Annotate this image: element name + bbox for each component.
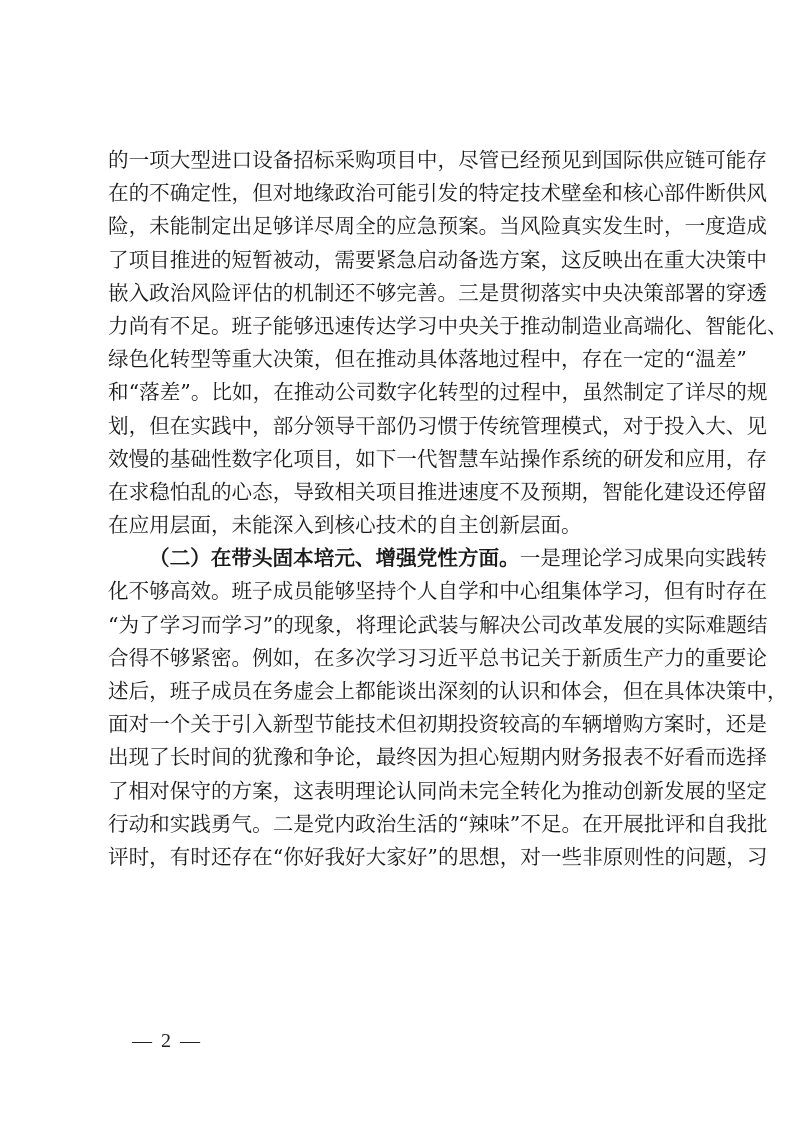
text-line: 面对一个关于引入新型节能技术但初期投资较高的车辆增购方案时，还是 bbox=[108, 708, 693, 741]
text-line: 行动和实践勇气。二是党内政治生活的“辣味”不足。在开展批评和自我批 bbox=[108, 808, 693, 841]
document-page: 的一项大型进口设备招标采购项目中，尽管已经预见到国际供应链可能存 在的不确定性，… bbox=[0, 0, 793, 1122]
text-line: 化不够高效。班子成员能够坚持个人自学和中心组集体学习，但有时存在 bbox=[108, 575, 693, 608]
text-line: 划，但在实践中，部分领导干部仍习惯于传统管理模式，对于投入大、见 bbox=[108, 410, 693, 443]
body-text: 的一项大型进口设备招标采购项目中，尽管已经预见到国际供应链可能存 在的不确定性，… bbox=[108, 144, 693, 874]
text-line: 效慢的基础性数字化项目，如下一代智慧车站操作系统的研发和应用，存 bbox=[108, 443, 693, 476]
text-line: “为了学习而学习”的现象，将理论武装与解决公司改革发展的实际难题结 bbox=[108, 609, 693, 642]
text-line: 和“落差”。比如，在推动公司数字化转型的过程中，虽然制定了详尽的规 bbox=[108, 376, 693, 409]
text-line: 出现了长时间的犹豫和争论，最终因为担心短期内财务报表不好看而选择 bbox=[108, 741, 693, 774]
text-line: 在应用层面，未能深入到核心技术的自主创新层面。 bbox=[108, 509, 693, 542]
text-line: 的一项大型进口设备招标采购项目中，尽管已经预见到国际供应链可能存 bbox=[108, 144, 693, 177]
text-line: 评时，有时还存在“你好我好大家好”的思想，对一些非原则性的问题，习 bbox=[108, 841, 693, 874]
section-heading: （二）在带头固本培元、增强党性方面。 bbox=[149, 546, 520, 570]
section-heading-line: （二）在带头固本培元、增强党性方面。一是理论学习成果向实践转 bbox=[108, 542, 693, 575]
text-line: 了相对保守的方案，这表明理论认同尚未完全转化为推动创新发展的坚定 bbox=[108, 775, 693, 808]
text-line: 险，未能制定出足够详尽周全的应急预案。当风险真实发生时，一度造成 bbox=[108, 210, 693, 243]
text-line: 嵌入政治风险评估的机制还不够完善。三是贯彻落实中央决策部署的穿透 bbox=[108, 277, 693, 310]
section-heading-rest: 一是理论学习成果向实践转 bbox=[520, 546, 767, 570]
text-line: 在求稳怕乱的心态，导致相关项目推进速度不及预期，智能化建设还停留 bbox=[108, 476, 693, 509]
text-line: 述后，班子成员在务虚会上都能谈出深刻的认识和体会，但在具体决策中， bbox=[108, 675, 693, 708]
text-line: 在的不确定性，但对地缘政治可能引发的特定技术壁垒和核心部件断供风 bbox=[108, 177, 693, 210]
text-line: 力尚有不足。班子能够迅速传达学习中央关于推动制造业高端化、智能化、 bbox=[108, 310, 693, 343]
page-number: — 2 — bbox=[132, 1030, 202, 1053]
text-line: 绿色化转型等重大决策，但在推动具体落地过程中，存在一定的“温差” bbox=[108, 343, 693, 376]
text-line: 合得不够紧密。例如，在多次学习习近平总书记关于新质生产力的重要论 bbox=[108, 642, 693, 675]
text-line: 了项目推进的短暂被动，需要紧急启动备选方案，这反映出在重大决策中 bbox=[108, 244, 693, 277]
